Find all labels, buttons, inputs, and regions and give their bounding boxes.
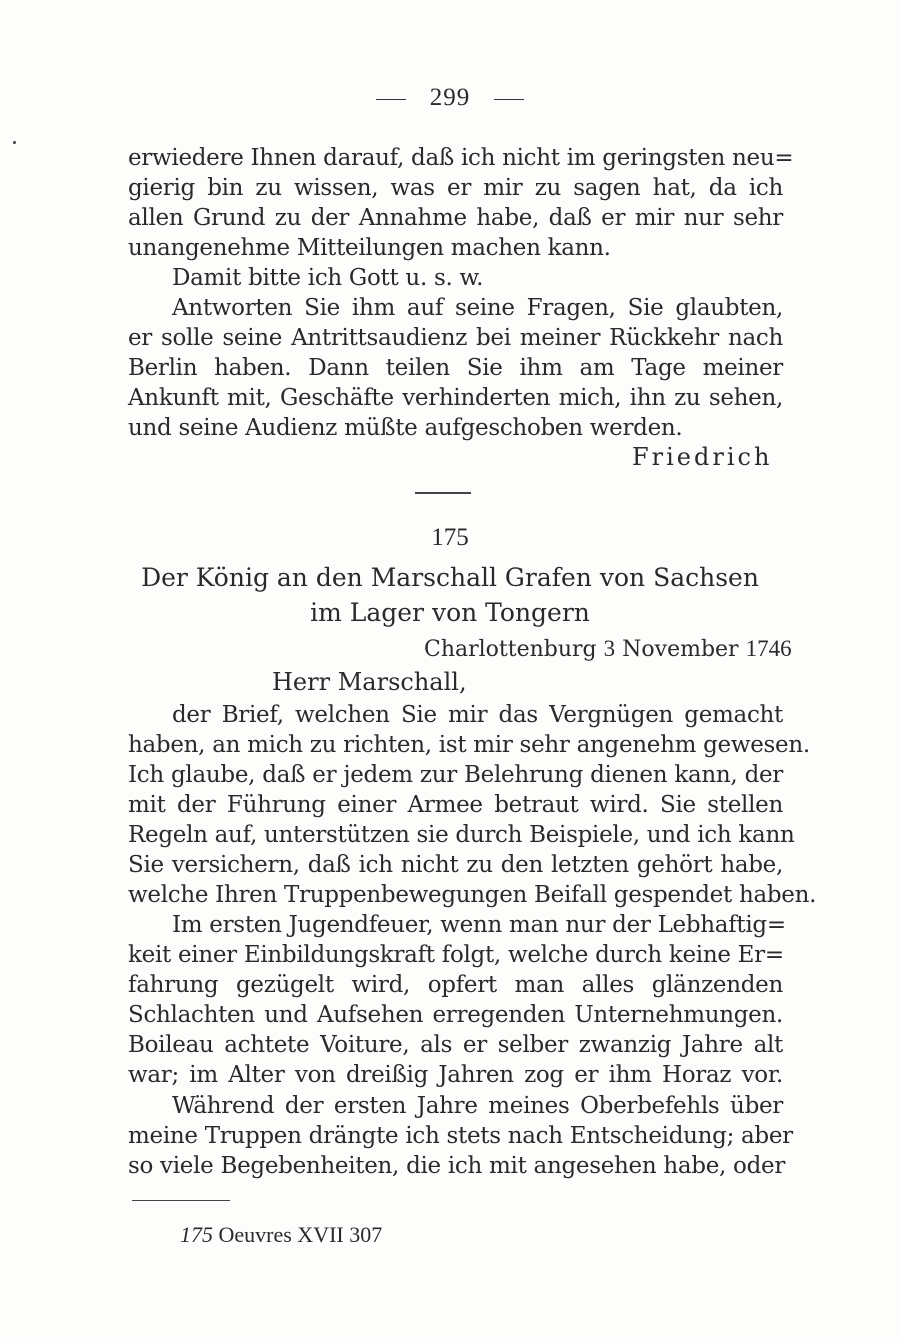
date-month: November (622, 637, 738, 662)
text-line: welche Ihren Truppenbewegungen Beifall g… (128, 880, 783, 910)
text-line: war; im Alter von dreißig Jahren zog er … (128, 1060, 783, 1090)
footnote-number: 175 (180, 1222, 213, 1247)
page-number-text: 299 (430, 84, 471, 111)
scan-speck (13, 141, 16, 144)
text-line: der Brief, welchen Sie mir das Vergnügen… (172, 700, 783, 730)
text-line: Während der ersten Jahre meines Oberbefe… (172, 1091, 783, 1121)
salutation: Herr Marschall, (272, 668, 467, 696)
text-line: meine Truppen drängte ich stets nach Ent… (128, 1121, 783, 1151)
place: Charlottenburg (424, 637, 597, 662)
text-line: er solle seine Antrittsaudienz bei meine… (128, 323, 783, 353)
date-day: 3 (604, 636, 616, 661)
text-line: Regeln auf, unterstützen sie durch Beisp… (128, 820, 783, 850)
section-divider (415, 492, 471, 494)
letter-title: Der König an den Marschall Grafen von Sa… (0, 563, 900, 592)
footnote-text: Oeuvres XVII 307 (219, 1222, 383, 1247)
place-date: Charlottenburg 3 November 1746 (424, 636, 792, 662)
text-line: Sie versichern, daß ich nicht zu den let… (128, 850, 783, 880)
footnote: 175 Oeuvres XVII 307 (180, 1222, 382, 1248)
text-line: Boileau achtete Voiture, als er selber z… (128, 1030, 783, 1060)
text-line: keit einer Einbildungskraft folgt, welch… (128, 940, 783, 970)
text-line: allen Grund zu der Annahme habe, daß er … (128, 203, 783, 233)
page-number: 299 (0, 84, 900, 112)
text-line: Berlin haben. Dann teilen Sie ihm am Tag… (128, 353, 783, 383)
text-line: so viele Begebenheiten, die ich mit ange… (128, 1151, 783, 1181)
text-line: Schlachten und Aufsehen erregenden Unter… (128, 1000, 783, 1030)
text-line: mit der Führung einer Armee betraut wird… (128, 790, 783, 820)
text-line: erwiedere Ihnen darauf, daß ich nicht im… (128, 143, 783, 173)
closing-formula: Damit bitte ich Gott u. s. w. (172, 263, 783, 293)
text-line: Antworten Sie ihm auf seine Fragen, Sie … (172, 293, 783, 323)
date-year: 1746 (746, 636, 792, 661)
text-line: und seine Audienz müßte aufgeschoben wer… (128, 413, 783, 443)
signature: Friedrich (632, 443, 772, 471)
page-number-dash-right (494, 99, 524, 101)
text-line: Im ersten Jugendfeuer, wenn man nur der … (172, 910, 783, 940)
letter-subtitle: im Lager von Tongern (0, 598, 900, 627)
footnote-divider (132, 1200, 230, 1201)
text-line: unangenehme Mitteilungen machen kann. (128, 233, 783, 263)
text-line: Ich glaube, daß er jedem zur Belehrung d… (128, 760, 783, 790)
text-line: gierig bin zu wissen, was er mir zu sage… (128, 173, 783, 203)
text-line: Ankunft mit, Geschäfte verhinderten mich… (128, 383, 783, 413)
text-line: haben, an mich zu richten, ist mir sehr … (128, 730, 783, 760)
page-number-dash-left (376, 99, 406, 101)
letter-number: 175 (0, 524, 900, 552)
text-line: fahrung gezügelt wird, opfert man alles … (128, 970, 783, 1000)
